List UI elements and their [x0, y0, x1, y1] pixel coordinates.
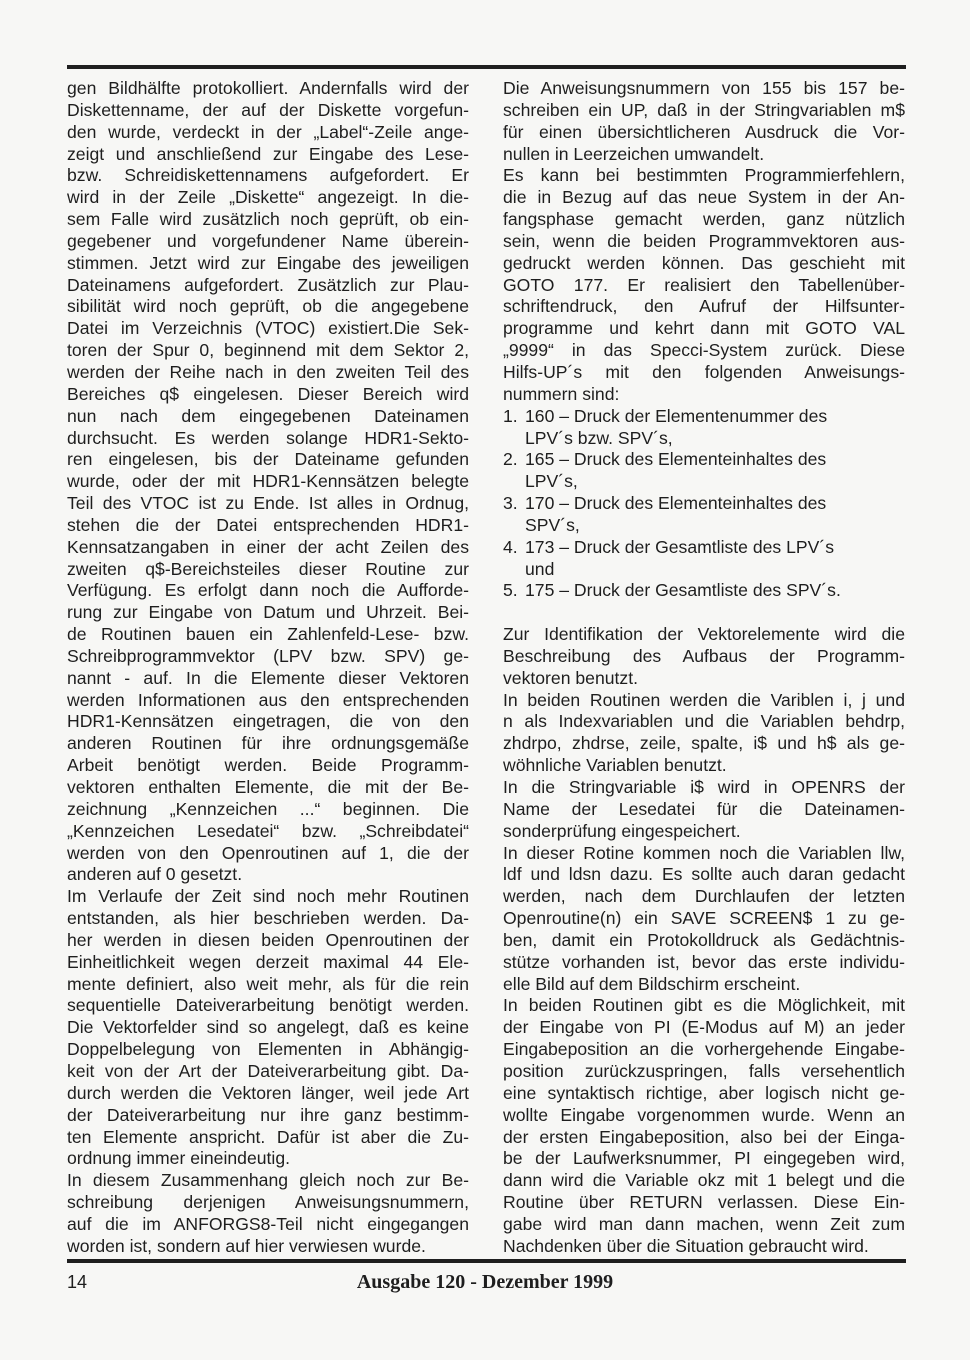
text-line: 160 – Druck der Elementenummer des	[525, 406, 827, 428]
text-line: mente definiert, also weit mehr, als für…	[67, 974, 469, 996]
right-column: Die Anweisungsnummern von 155 bis 157 be…	[503, 78, 905, 1258]
issue-title: Ausgabe 120 - Dezember 1999	[0, 1271, 970, 1294]
text-line: sonderprüfung eingespeichert.	[503, 821, 905, 843]
text-line: worden ist, sondern auf hier verwiesen w…	[67, 1236, 469, 1258]
text-line: wurde, oder der mit HDR1-Kennsätzen bele…	[67, 471, 469, 493]
text-line: Die Anweisungsnummern von 155 bis 157 be…	[503, 78, 905, 100]
text-line: Nachdenken über die Situation gebraucht …	[503, 1236, 905, 1258]
text-line: zeigt und anschließend zur Eingabe des L…	[67, 144, 469, 166]
text-line: schreibung derjenigen Anweisungsnummern,	[67, 1192, 469, 1214]
text-line: für einen übersichtlicheren Ausdruck die…	[503, 122, 905, 144]
text-line: anderen auf 0 gesetzt.	[67, 864, 469, 886]
text-line: sequentielle Dateiverarbeitung benötigt …	[67, 995, 469, 1017]
top-rule	[67, 65, 906, 69]
text-line: schreiben ein UP, daß in der Stringvaria…	[503, 100, 905, 122]
text-line: wollte Eingabe vorgenommen wurde. Wenn a…	[503, 1105, 905, 1127]
text-line: HDR1-Kennsätzen eingetragen, die von den	[67, 711, 469, 733]
text-line: der Dateiverarbeitung nur ihre ganz best…	[67, 1105, 469, 1127]
text-line: vektoren benutzt.	[503, 668, 905, 690]
list-number: 1.	[503, 406, 525, 450]
text-line: gabe wird man dann machen, wenn Zeit zum	[503, 1214, 905, 1236]
text-line: gegebener und vorgefundener Name überein…	[67, 231, 469, 253]
text-line: werden der Reihe nach in den zweiten Tei…	[67, 362, 469, 384]
text-line: LPV´s,	[525, 471, 826, 493]
list-number: 3.	[503, 493, 525, 537]
text-line: 170 – Druck des Elementeinhaltes des	[525, 493, 826, 515]
list-text: 173 – Druck der Gesamtliste des LPV´sund	[525, 537, 834, 581]
text-line: Datei im Verzeichnis (VTOC) existiert.Di…	[67, 318, 469, 340]
text-line: „9999“ in das Specci-System zurück. Dies…	[503, 340, 905, 362]
text-line: durch werden die Vektoren länger, weil j…	[67, 1083, 469, 1105]
text-line: ben, damit ein Protokolldruck als Gedäch…	[503, 930, 905, 952]
text-line: werden, nach dem Durchlaufen der letzten	[503, 886, 905, 908]
text-line: zweiten q$-Bereichsteiles dieser Routine…	[67, 559, 469, 581]
paragraph: In diesem Zusammenhang gleich noch zur B…	[67, 1170, 469, 1257]
text-line: stütze vorhanden ist, bevor das erste in…	[503, 952, 905, 974]
text-line: LPV´s bzw. SPV´s,	[525, 428, 827, 450]
text-line: bzw. Schreidiskettennamens aufgefordert.…	[67, 165, 469, 187]
text-line: stimmen. Jetzt wird zur Eingabe des jewe…	[67, 253, 469, 275]
text-line: toren der Spur 0, beginnend mit dem Sekt…	[67, 340, 469, 362]
list-text: 165 – Druck des Elementeinhaltes desLPV´…	[525, 449, 826, 493]
text-line: Beschreibung des Aufbaus der Programm-	[503, 646, 905, 668]
text-line: gedruckt werden können. Das geschieht mi…	[503, 253, 905, 275]
text-line: n als Indexvariablen und die Variablen b…	[503, 711, 905, 733]
text-line: In beiden Routinen werden die Variblen i…	[503, 690, 905, 712]
text-line: Es kann bei bestimmten Programmierfehler…	[503, 165, 905, 187]
paragraph: In beiden Routinen werden die Variblen i…	[503, 690, 905, 777]
list-item: 3.170 – Druck des Elementeinhaltes desSP…	[503, 493, 905, 537]
text-line: anderen Routinen für ihre ordnungsgemäße	[67, 733, 469, 755]
text-line: GOTO 177. Er realisiert den Tabellenüber…	[503, 275, 905, 297]
text-line: und	[525, 559, 834, 581]
text-line: be der Laufwerksnummer, PI eingegeben wi…	[503, 1148, 905, 1170]
text-line: Dateinamens aufgefordert. Zusätzlich zur…	[67, 275, 469, 297]
text-line: her werden in diesen beiden Openroutinen…	[67, 930, 469, 952]
left-column: gen Bildhälfte protokolliert. Andernfall…	[67, 78, 469, 1258]
list-item: 1.160 – Druck der Elementenummer desLPV´…	[503, 406, 905, 450]
text-line: rung zur Eingabe von Datum und Uhrzeit. …	[67, 602, 469, 624]
text-line: werden von den Openroutinen auf 1, die d…	[67, 843, 469, 865]
text-line: SPV´s,	[525, 515, 826, 537]
list-number: 4.	[503, 537, 525, 581]
text-line: auf die im ANFORGS8-Teil nicht eingegang…	[67, 1214, 469, 1236]
text-line: ren eingelesen, bis der Dateiname gefund…	[67, 449, 469, 471]
text-line: durchsucht. Es werden solange HDR1-Sekto…	[67, 428, 469, 450]
paragraph: gen Bildhälfte protokolliert. Andernfall…	[67, 78, 469, 886]
text-line: ldf und ldsn dazu. Es sollte auch daran …	[503, 864, 905, 886]
text-line: Verfügung. Es erfolgt dann noch die Auff…	[67, 580, 469, 602]
text-line: „Kennzeichen Lesedatei“ bzw. „Schreibdat…	[67, 821, 469, 843]
text-line: nun nach dem eingegebenen Dateinamen	[67, 406, 469, 428]
list-text: 175 – Druck der Gesamtliste des SPV´s.	[525, 580, 841, 602]
text-line: nullen in Leerzeichen umwandelt.	[503, 144, 905, 166]
text-line: Diskettenname, der auf der Diskette vorg…	[67, 100, 469, 122]
text-line: keit von der Art der Dateiverarbeitung g…	[67, 1061, 469, 1083]
text-line: dann wird die Variable okz mit 1 belegt …	[503, 1170, 905, 1192]
text-line: schriftendruck, den Aufruf der Hilfsunte…	[503, 296, 905, 318]
paragraph: Im Verlaufe der Zeit sind noch mehr Rout…	[67, 886, 469, 1170]
text-line: In diesem Zusammenhang gleich noch zur B…	[67, 1170, 469, 1192]
text-line: Eingabeposition an die vorhergehende Ein…	[503, 1039, 905, 1061]
list-item: 2.165 – Druck des Elementeinhaltes desLP…	[503, 449, 905, 493]
text-line: ten Elemente anspricht. Dafür ist aber d…	[67, 1127, 469, 1149]
text-line: Im Verlaufe der Zeit sind noch mehr Rout…	[67, 886, 469, 908]
text-line: zeichnung „Kennzeichen ...“ beginnen. Di…	[67, 799, 469, 821]
list-text: 170 – Druck des Elementeinhaltes desSPV´…	[525, 493, 826, 537]
text-line: die in Bezug auf das neue System in der …	[503, 187, 905, 209]
paragraph: In dieser Rotine kommen noch die Variabl…	[503, 843, 905, 996]
text-line: 173 – Druck der Gesamtliste des LPV´s	[525, 537, 834, 559]
paragraph: Die Anweisungsnummern von 155 bis 157 be…	[503, 78, 905, 165]
text-line: ordnung immer eineindeutig.	[67, 1148, 469, 1170]
text-line: In beiden Routinen gibt es die Möglichke…	[503, 995, 905, 1017]
paragraph: Es kann bei bestimmten Programmierfehler…	[503, 165, 905, 405]
text-line: wird in der Zeile „Diskette“ angezeigt. …	[67, 187, 469, 209]
paragraph: Zur Identifikation der Vektorelemente wi…	[503, 624, 905, 690]
list-number: 5.	[503, 580, 525, 602]
text-line: 175 – Druck der Gesamtliste des SPV´s.	[525, 580, 841, 602]
text-line: Doppelbelegung von Elementen in Abhängig…	[67, 1039, 469, 1061]
text-line: 165 – Druck des Elementeinhaltes des	[525, 449, 826, 471]
text-line: position zurückzuspringen, falls versehe…	[503, 1061, 905, 1083]
list-number: 2.	[503, 449, 525, 493]
text-line: werden Informationen aus den entsprechen…	[67, 690, 469, 712]
text-line: Teil des VTOC ist zu Ende. Ist alles in …	[67, 493, 469, 515]
text-line: der ersten Eingabeposition, also bei der…	[503, 1127, 905, 1149]
list-item: 5.175 – Druck der Gesamtliste des SPV´s.	[503, 580, 905, 602]
text-line: Openroutine(n) ein SAVE SCREEN$ 1 zu ge-	[503, 908, 905, 930]
text-line: der Eingabe von PI (E-Modus auf M) an je…	[503, 1017, 905, 1039]
text-line: Bereiches q$ eingelesen. Dieser Bereich …	[67, 384, 469, 406]
text-line: Die Vektorfelder sind so angelegt, daß e…	[67, 1017, 469, 1039]
numbered-list: 1.160 – Druck der Elementenummer desLPV´…	[503, 406, 905, 603]
text-line: zhdrpo, zhdrse, zeile, spalte, i$ und h$…	[503, 733, 905, 755]
text-line: sem Falle wird zusätzlich noch geprüft, …	[67, 209, 469, 231]
spacer	[503, 602, 905, 624]
text-line: Einheitlichkeit wegen derzeit maximal 44…	[67, 952, 469, 974]
text-line: Zur Identifikation der Vektorelemente wi…	[503, 624, 905, 646]
text-line: sibilität wird noch geprüft, ob die ange…	[67, 296, 469, 318]
text-line: sein, wenn die beiden Programmvektoren a…	[503, 231, 905, 253]
text-line: In die Stringvariable i$ wird in OPENRS …	[503, 777, 905, 799]
paragraph: In beiden Routinen gibt es die Möglichke…	[503, 995, 905, 1257]
text-line: gen Bildhälfte protokolliert. Andernfall…	[67, 78, 469, 100]
text-line: Arbeit benötigt werden. Beide Programm-	[67, 755, 469, 777]
text-line: entstanden, als hier beschrieben werden.…	[67, 908, 469, 930]
text-line: nummern sind:	[503, 384, 905, 406]
text-line: Name der Lesedatei für die Dateinamen-	[503, 799, 905, 821]
text-line: eine syntaktisch richtige, aber logisch …	[503, 1083, 905, 1105]
text-line: Routine über RETURN verlassen. Diese Ein…	[503, 1192, 905, 1214]
list-text: 160 – Druck der Elementenummer desLPV´s …	[525, 406, 827, 450]
text-line: vektoren enthalten Elemente, die mit der…	[67, 777, 469, 799]
text-line: Hilfs-UP´s mit den folgenden Anweisungs-	[503, 362, 905, 384]
text-line: wöhnliche Variablen benutzt.	[503, 755, 905, 777]
text-line: In dieser Rotine kommen noch die Variabl…	[503, 843, 905, 865]
text-line: Kennsatzangaben in einer der acht Zeilen…	[67, 537, 469, 559]
paragraph: In die Stringvariable i$ wird in OPENRS …	[503, 777, 905, 843]
text-line: elle Bild auf dem Bildschirm erscheint.	[503, 974, 905, 996]
text-line: Schreibprogrammvektor (LPV bzw. SPV) ge-	[67, 646, 469, 668]
bottom-rule	[67, 1259, 906, 1263]
text-line: den wurde, verdeckt in der „Label“-Zeile…	[67, 122, 469, 144]
text-line: de Routinen bauen ein Zahlenfeld-Lese- b…	[67, 624, 469, 646]
text-line: programme und kehrt dann mit GOTO VAL	[503, 318, 905, 340]
text-line: fangsphase gemacht werden, ganz nützlich	[503, 209, 905, 231]
list-item: 4.173 – Druck der Gesamtliste des LPV´su…	[503, 537, 905, 581]
text-line: stehen die der Datei entsprechenden HDR1…	[67, 515, 469, 537]
text-line: nannt - auf. In die Elemente dieser Vekt…	[67, 668, 469, 690]
